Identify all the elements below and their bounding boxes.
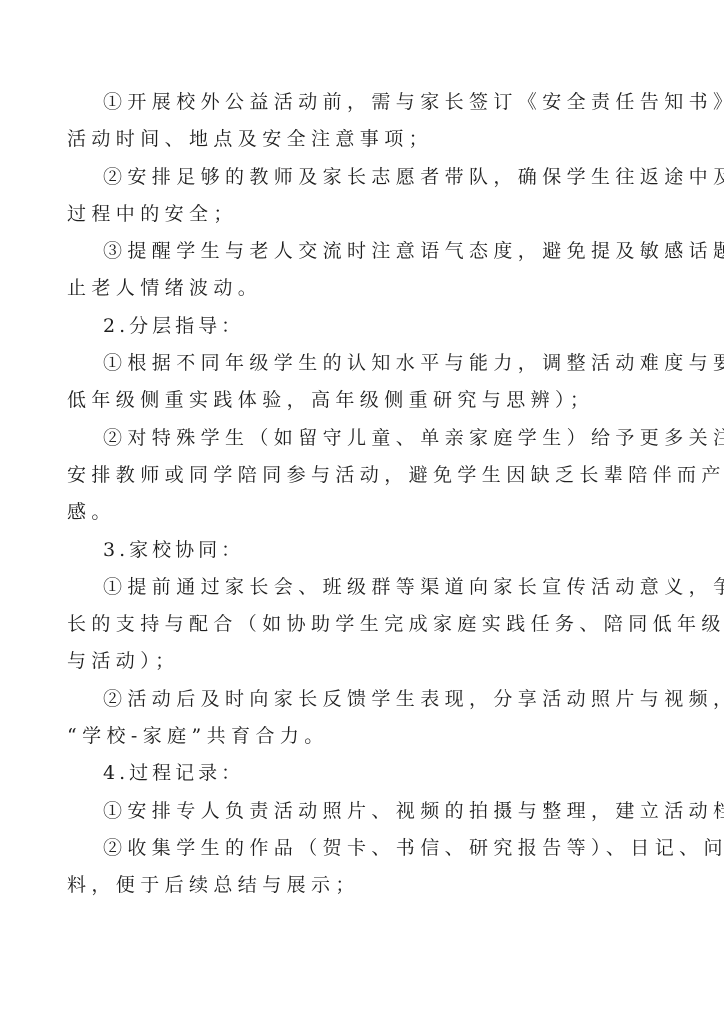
text-line: ②活动后及时向家长反馈学生表现，分享活动照片与视频，形成 [67,681,659,718]
text-line: ②收集学生的作品（贺卡、书信、研究报告等）、日记、问卷等材 [67,830,659,867]
paragraph-parent-promotion: ①提前通过家长会、班级群等渠道向家长宣传活动意义，争取家 长的支持与配合（如协助… [67,569,659,681]
paragraph-escort-staff: ②安排足够的教师及家长志愿者带队，确保学生往返途中及活动 过程中的安全； [67,159,659,234]
section-heading-layered-guidance: 2.分层指导： [67,308,659,345]
paragraph-special-students: ②对特殊学生（如留守儿童、单亲家庭学生）给予更多关注，可 安排教师或同学陪同参与… [67,420,659,532]
text-line: 与活动）； [67,643,659,680]
text-line: ②安排足够的教师及家长志愿者带队，确保学生往返途中及活动 [67,159,659,196]
text-line: 止老人情绪波动。 [67,270,659,307]
heading-text: 3.家校协同： [67,532,659,569]
paragraph-grade-adjustment: ①根据不同年级学生的认知水平与能力，调整活动难度与要求（如 低年级侧重实践体验，… [67,345,659,420]
text-line: “学校-家庭”共育合力。 [67,718,659,755]
text-line: 料，便于后续总结与展示； [67,867,659,904]
paragraph-parent-feedback: ②活动后及时向家长反馈学生表现，分享活动照片与视频，形成 “学校-家庭”共育合力… [67,681,659,756]
paragraph-safety-agreement: ①开展校外公益活动前，需与家长签订《安全责任告知书》，明确 活动时间、地点及安全… [67,84,659,159]
text-line: ①提前通过家长会、班级群等渠道向家长宣传活动意义，争取家 [67,569,659,606]
text-line: ①开展校外公益活动前，需与家长签订《安全责任告知书》，明确 [67,84,659,121]
section-heading-home-school: 3.家校协同： [67,532,659,569]
paragraph-communication-reminder: ③提醒学生与老人交流时注意语气态度，避免提及敏感话题，防 止老人情绪波动。 [67,233,659,308]
paragraph-collect-works: ②收集学生的作品（贺卡、书信、研究报告等）、日记、问卷等材 料，便于后续总结与展… [67,830,659,905]
text-line: 安排教师或同学陪同参与活动，避免学生因缺乏长辈陪伴而产生失落 [67,457,659,494]
text-line: 感。 [67,494,659,531]
text-line: 过程中的安全； [67,196,659,233]
heading-text: 2.分层指导： [67,308,659,345]
paragraph-photo-archive: ①安排专人负责活动照片、视频的拍摄与整理，建立活动档案； [67,793,659,830]
text-line: ①安排专人负责活动照片、视频的拍摄与整理，建立活动档案； [67,793,659,830]
heading-text: 4.过程记录： [67,755,659,792]
text-line: ①根据不同年级学生的认知水平与能力，调整活动难度与要求（如 [67,345,659,382]
text-line: 低年级侧重实践体验，高年级侧重研究与思辨）； [67,382,659,419]
text-line: 活动时间、地点及安全注意事项； [67,121,659,158]
text-line: ②对特殊学生（如留守儿童、单亲家庭学生）给予更多关注，可 [67,420,659,457]
text-line: ③提醒学生与老人交流时注意语气态度，避免提及敏感话题，防 [67,233,659,270]
section-heading-process-record: 4.过程记录： [67,755,659,792]
text-line: 长的支持与配合（如协助学生完成家庭实践任务、陪同低年级学生参 [67,606,659,643]
document-page: ①开展校外公益活动前，需与家长签订《安全责任告知书》，明确 活动时间、地点及安全… [67,84,659,905]
